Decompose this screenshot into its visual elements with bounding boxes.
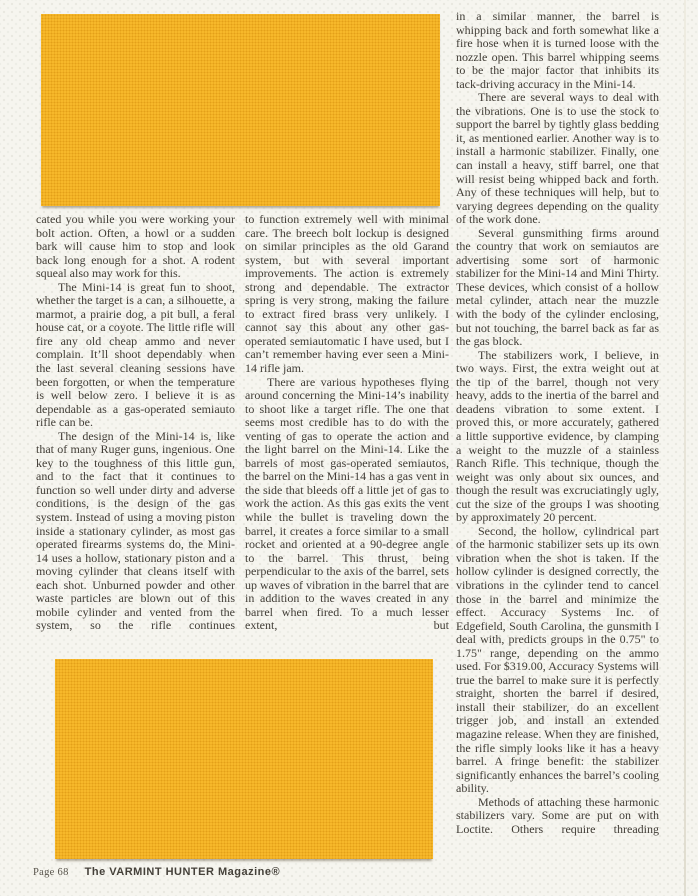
article-paragraph: Several gunsmithing firms around the cou…	[456, 227, 659, 349]
article-paragraph: Second, the hollow, cylindrical part of …	[456, 525, 659, 796]
page-number: Page 68	[33, 867, 69, 878]
page-footer: Page 68 The VARMINT HUNTER Magazine®	[33, 866, 673, 880]
magazine-page: cated you while you were working your bo…	[0, 0, 698, 896]
article-paragraph: There are several ways to deal with the …	[456, 91, 659, 226]
article-paragraph: The stabilizers work, I believe, in two …	[456, 349, 659, 525]
article-paragraph: Methods of attaching these harmonic stab…	[456, 796, 659, 837]
text-column-right: in a similar manner, the barrel is whipp…	[456, 10, 659, 836]
magazine-title: The VARMINT HUNTER Magazine®	[85, 866, 280, 878]
bottom-photo-placeholder	[55, 659, 433, 859]
article-paragraph: to function extremely well with minimal …	[245, 213, 449, 376]
page-edge-line	[684, 0, 686, 896]
article-paragraph: in a similar manner, the barrel is whipp…	[456, 10, 659, 91]
text-column-middle: to function extremely well with minimal …	[245, 213, 449, 633]
article-paragraph: cated you while you were working your bo…	[36, 213, 235, 281]
article-paragraph: The design of the Mini-14 is, like that …	[36, 430, 235, 633]
article-paragraph: There are various hypotheses flying arou…	[245, 376, 449, 633]
text-column-left: cated you while you were working your bo…	[36, 213, 235, 633]
top-photo-placeholder	[41, 14, 440, 206]
article-paragraph: The Mini-14 is great fun to shoot, wheth…	[36, 281, 235, 430]
